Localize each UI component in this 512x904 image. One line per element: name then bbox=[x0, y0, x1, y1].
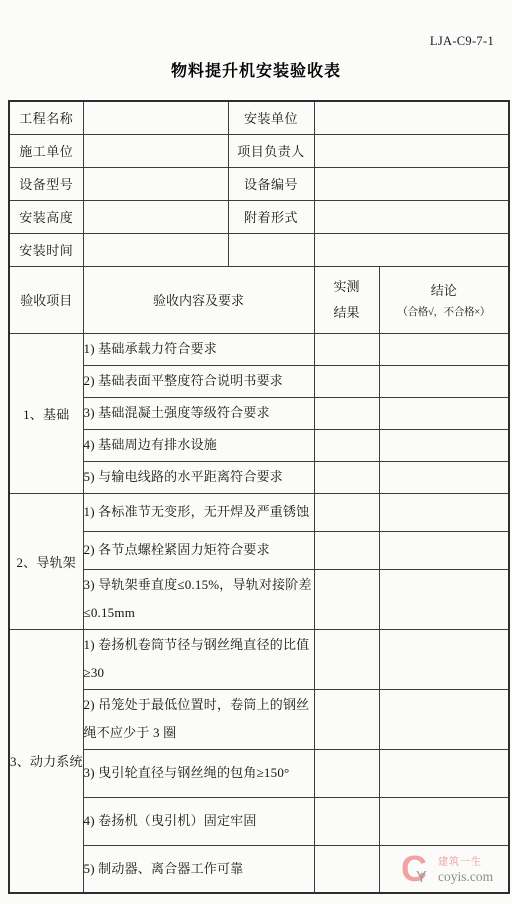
item-text: 3) 导轨架垂直度≤0.15%，导轨对接阶差≤0.15mm bbox=[83, 569, 314, 629]
measured-result-cell bbox=[314, 333, 379, 365]
conclusion-cell bbox=[379, 461, 509, 493]
watermark-logo-icon: C Y bbox=[401, 851, 435, 891]
checklist-row: 2) 各节点螺栓紧固力矩符合要求 bbox=[9, 531, 509, 569]
conclusion-cell bbox=[379, 689, 509, 749]
section-name-guide-rail: 2、导轨架 bbox=[9, 493, 83, 629]
document-page: LJA-C9-7-1 物料提升机安装验收表 工程名称 安装单位 施工单位 项目负… bbox=[0, 0, 512, 904]
watermark-slogan: 建筑一生 bbox=[438, 858, 493, 868]
conclusion-cell bbox=[379, 569, 509, 629]
checklist-row: 3) 曳引轮直径与钢丝绳的包角≥150° bbox=[9, 749, 509, 797]
value-install-unit bbox=[314, 101, 509, 134]
acceptance-form-table: 工程名称 安装单位 施工单位 项目负责人 设备型号 设备编号 安装高度 附着形式… bbox=[8, 100, 510, 894]
empty-value-cell bbox=[314, 233, 509, 266]
checklist-row: 5) 与输电线路的水平距离符合要求 bbox=[9, 461, 509, 493]
header-content-requirements: 验收内容及要求 bbox=[83, 266, 314, 333]
checklist-row: 2、导轨架 1) 各标准节无变形，无开焊及严重锈蚀 bbox=[9, 493, 509, 531]
checklist-row: 3) 基础混凝土强度等级符合要求 bbox=[9, 397, 509, 429]
checklist-row: 4) 卷扬机（曳引机）固定牢固 bbox=[9, 797, 509, 845]
checklist-row: 2) 基础表面平整度符合说明书要求 bbox=[9, 365, 509, 397]
item-text: 2) 各节点螺栓紧固力矩符合要求 bbox=[83, 531, 314, 569]
value-install-height bbox=[83, 200, 228, 233]
section-name-foundation: 1、基础 bbox=[9, 333, 83, 493]
measured-result-cell bbox=[314, 531, 379, 569]
checklist-row: 4) 基础周边有排水设施 bbox=[9, 429, 509, 461]
measured-result-cell bbox=[314, 689, 379, 749]
header-measured-line2: 结果 bbox=[315, 300, 379, 326]
item-text: 4) 基础周边有排水设施 bbox=[83, 429, 314, 461]
measured-result-cell bbox=[314, 461, 379, 493]
value-project-name bbox=[83, 101, 228, 134]
value-install-time bbox=[83, 233, 228, 266]
measured-result-cell bbox=[314, 429, 379, 461]
header-measured-result: 实测 结果 bbox=[314, 266, 379, 333]
measured-result-cell bbox=[314, 569, 379, 629]
item-text: 2) 基础表面平整度符合说明书要求 bbox=[83, 365, 314, 397]
item-text: 3) 基础混凝土强度等级符合要求 bbox=[83, 397, 314, 429]
watermark-text: 建筑一生 coyis.com bbox=[438, 858, 493, 884]
empty-label-cell bbox=[228, 233, 314, 266]
value-attachment-type bbox=[314, 200, 509, 233]
item-text: 5) 与输电线路的水平距离符合要求 bbox=[83, 461, 314, 493]
conclusion-cell bbox=[379, 797, 509, 845]
label-install-time: 安装时间 bbox=[9, 233, 83, 266]
conclusion-cell bbox=[379, 629, 509, 689]
header-acceptance-item: 验收项目 bbox=[9, 266, 83, 333]
section-name-power-system: 3、动力系统 bbox=[9, 629, 83, 893]
item-text: 1) 基础承载力符合要求 bbox=[83, 333, 314, 365]
measured-result-cell bbox=[314, 493, 379, 531]
info-row-install-height: 安装高度 附着形式 bbox=[9, 200, 509, 233]
checklist-row: 3、动力系统 1) 卷扬机卷筒节径与钢丝绳直径的比值≥30 bbox=[9, 629, 509, 689]
item-text: 5) 制动器、离合器工作可靠 bbox=[83, 845, 314, 893]
value-construction-unit bbox=[83, 134, 228, 167]
label-project-name: 工程名称 bbox=[9, 101, 83, 134]
watermark: C Y 建筑一生 coyis.com bbox=[401, 849, 505, 893]
label-construction-unit: 施工单位 bbox=[9, 134, 83, 167]
doc-number: LJA-C9-7-1 bbox=[430, 34, 494, 49]
watermark-letter-y: Y bbox=[416, 869, 427, 887]
page-title: 物料提升机安装验收表 bbox=[0, 58, 512, 81]
checklist-header-row: 验收项目 验收内容及要求 实测 结果 结论 （合格√，不合格×） bbox=[9, 266, 509, 333]
label-install-unit: 安装单位 bbox=[228, 101, 314, 134]
info-row-project: 工程名称 安装单位 bbox=[9, 101, 509, 134]
header-conclusion: 结论 （合格√，不合格×） bbox=[379, 266, 509, 333]
label-equipment-model: 设备型号 bbox=[9, 167, 83, 200]
checklist-row: 2) 吊笼处于最低位置时，卷筒上的钢丝绳不应少于 3 圈 bbox=[9, 689, 509, 749]
header-conclusion-legend: （合格√，不合格×） bbox=[380, 304, 509, 322]
label-equipment-number: 设备编号 bbox=[228, 167, 314, 200]
checklist-row: 3) 导轨架垂直度≤0.15%，导轨对接阶差≤0.15mm bbox=[9, 569, 509, 629]
conclusion-cell bbox=[379, 429, 509, 461]
label-install-height: 安装高度 bbox=[9, 200, 83, 233]
item-text: 3) 曳引轮直径与钢丝绳的包角≥150° bbox=[83, 749, 314, 797]
conclusion-cell bbox=[379, 397, 509, 429]
item-text: 4) 卷扬机（曳引机）固定牢固 bbox=[83, 797, 314, 845]
conclusion-cell bbox=[379, 749, 509, 797]
info-row-constructor: 施工单位 项目负责人 bbox=[9, 134, 509, 167]
item-text: 1) 各标准节无变形，无开焊及严重锈蚀 bbox=[83, 493, 314, 531]
label-attachment-type: 附着形式 bbox=[228, 200, 314, 233]
watermark-domain: coyis.com bbox=[438, 870, 493, 884]
measured-result-cell bbox=[314, 797, 379, 845]
label-project-leader: 项目负责人 bbox=[228, 134, 314, 167]
info-row-equipment-model: 设备型号 设备编号 bbox=[9, 167, 509, 200]
value-equipment-model bbox=[83, 167, 228, 200]
measured-result-cell bbox=[314, 629, 379, 689]
item-text: 2) 吊笼处于最低位置时，卷筒上的钢丝绳不应少于 3 圈 bbox=[83, 689, 314, 749]
measured-result-cell bbox=[314, 397, 379, 429]
conclusion-cell bbox=[379, 333, 509, 365]
value-equipment-number bbox=[314, 167, 509, 200]
conclusion-cell bbox=[379, 365, 509, 397]
measured-result-cell bbox=[314, 365, 379, 397]
measured-result-cell bbox=[314, 845, 379, 893]
info-row-install-time: 安装时间 bbox=[9, 233, 509, 266]
value-project-leader bbox=[314, 134, 509, 167]
checklist-row: 1、基础 1) 基础承载力符合要求 bbox=[9, 333, 509, 365]
conclusion-cell bbox=[379, 531, 509, 569]
conclusion-cell bbox=[379, 493, 509, 531]
header-conclusion-title: 结论 bbox=[380, 278, 509, 304]
header-measured-line1: 实测 bbox=[315, 274, 379, 300]
measured-result-cell bbox=[314, 749, 379, 797]
item-text: 1) 卷扬机卷筒节径与钢丝绳直径的比值≥30 bbox=[83, 629, 314, 689]
